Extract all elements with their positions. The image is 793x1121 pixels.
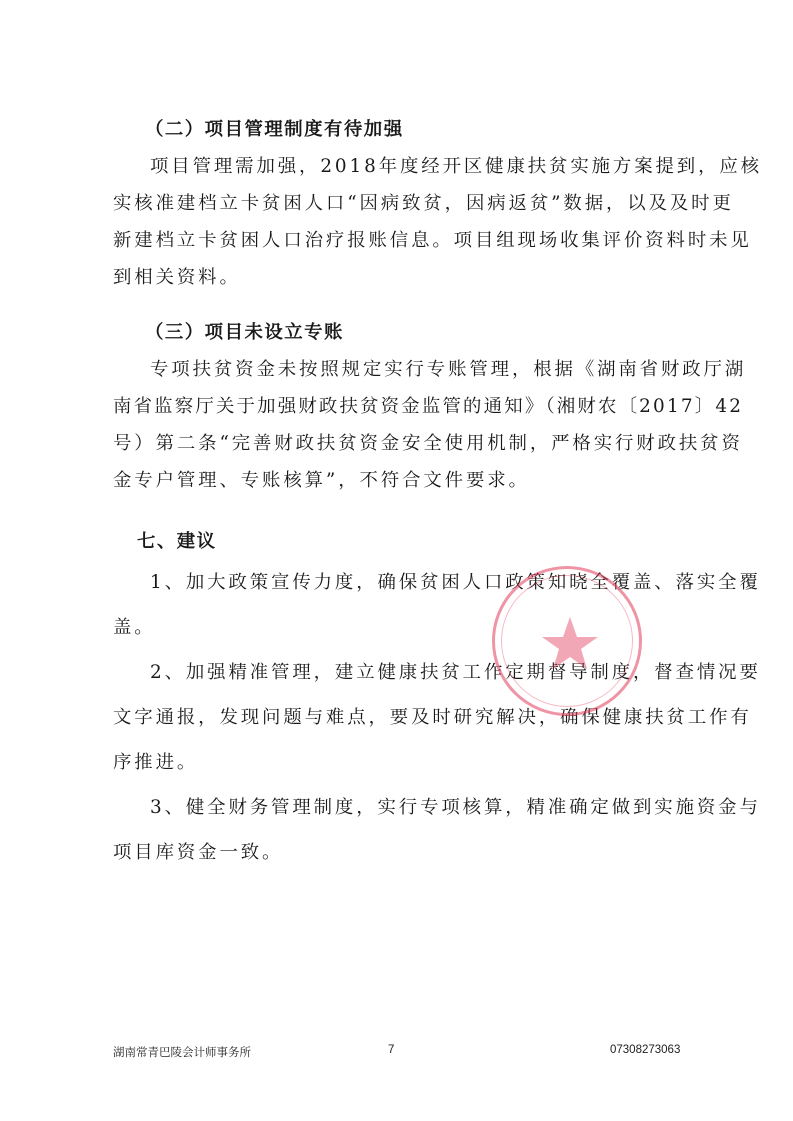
paragraph-line: 盖。 bbox=[113, 616, 675, 640]
paragraph-line: 项目管理需加强，2018年度经开区健康扶贫实施方案提到，应核 bbox=[150, 155, 676, 179]
paragraph-line: 金专户管理、专账核算”，不符合文件要求。 bbox=[113, 469, 675, 493]
paragraph-line: 新建档立卡贫困人口治疗报账信息。项目组现场收集评价资料时未见 bbox=[113, 229, 675, 253]
section-heading-3: （三）项目未设立专账 bbox=[145, 321, 707, 345]
paragraph-line: 序推进。 bbox=[113, 751, 675, 775]
paragraph-line: 到相关资料。 bbox=[113, 266, 675, 290]
footer-firm-name: 湖南常青巴陵会计师事务所 bbox=[113, 1044, 251, 1060]
recommendation-3: 3、健全财务管理制度，实行专项核算，精准确定做到实施资金与 bbox=[150, 796, 676, 820]
recommendation-2: 2、加强精准管理，建立健康扶贫工作定期督导制度，督查情况要 bbox=[150, 661, 676, 685]
section-heading-7: 七、建议 bbox=[137, 530, 699, 554]
footer-page-number: 7 bbox=[388, 1044, 394, 1056]
paragraph-line: 号）第二条“完善财政扶贫资金安全使用机制，严格实行财政扶贫资 bbox=[113, 432, 675, 456]
document-page: （二）项目管理制度有待加强 项目管理需加强，2018年度经开区健康扶贫实施方案提… bbox=[0, 0, 793, 1121]
footer-phone: 07308273063 bbox=[610, 1044, 680, 1056]
paragraph-line: 项目库资金一致。 bbox=[113, 841, 675, 865]
paragraph-line: 文字通报，发现问题与难点，要及时研究解决，确保健康扶贫工作有 bbox=[113, 706, 675, 730]
section-heading-2: （二）项目管理制度有待加强 bbox=[145, 118, 707, 142]
paragraph-line: 专项扶贫资金未按照规定实行专账管理，根据《湖南省财政厅湖 bbox=[150, 358, 676, 382]
paragraph-line: 实核准建档立卡贫困人口“因病致贫，因病返贫”数据，以及及时更 bbox=[113, 192, 675, 216]
recommendation-1: 1、加大政策宣传力度，确保贫困人口政策知晓全覆盖、落实全覆 bbox=[150, 571, 676, 595]
paragraph-line: 南省监察厅关于加强财政扶贫资金监管的通知》（湘财农〔2017〕42 bbox=[113, 395, 675, 419]
